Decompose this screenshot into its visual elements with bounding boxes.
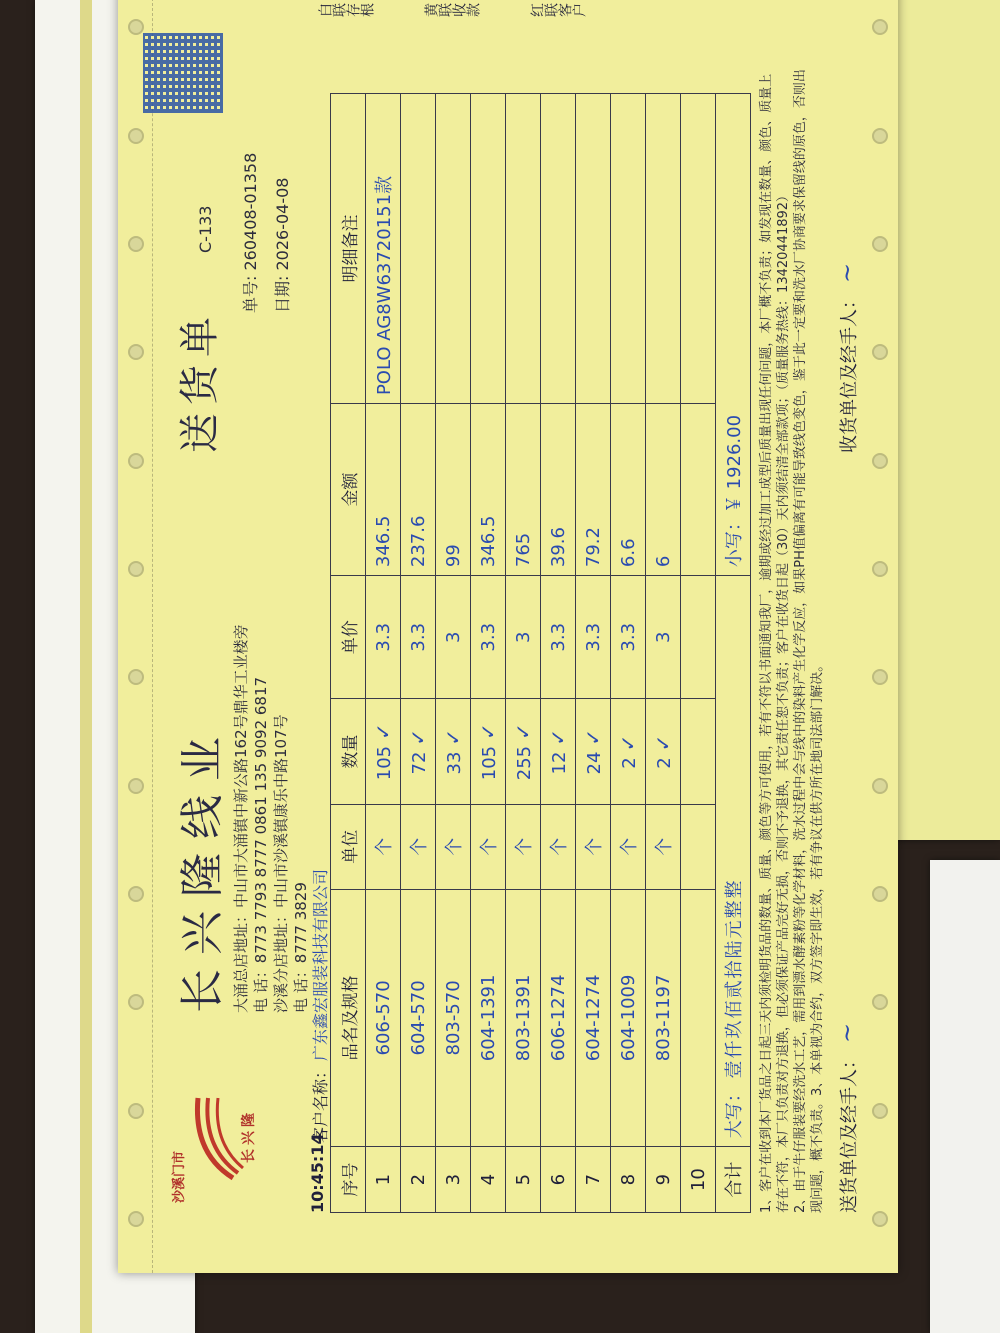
delivery-note-photo: 沙溪门市 长兴隆 长兴隆线业 送货单 大涌总店地址：中山市大涌镇中新公路162号… [118, 0, 898, 1273]
row-qty-value: 2 [619, 757, 640, 768]
header-name: 品名及规格 [331, 889, 366, 1147]
row-qty: 105✓ [471, 699, 506, 805]
company-title: 长兴隆线业 [166, 723, 230, 1013]
row-qty: 2✓ [611, 699, 646, 805]
check-mark-icon: ✓ [546, 729, 570, 746]
row-note: POLO AG8W63720151款 [366, 94, 401, 404]
capital-amount: 壹仟玖佰贰拾陆元整整 [724, 879, 745, 1079]
terms-section: 1、客户在收到本厂货品之日起三天内须检明货品的数量、质量、颜色等方可使用，若有不… [758, 63, 826, 1213]
copy-label-yellow: 黄联收款 [424, 1, 480, 21]
row-note [611, 94, 646, 404]
row-note [506, 94, 541, 404]
row-qty: 2✓ [646, 699, 681, 805]
row-qty: 33✓ [436, 699, 471, 805]
total-row: 合计 大写： 壹仟玖佰贰拾陆元整整 小写：￥ 1926.00 [716, 94, 751, 1213]
term-2: 2、由于牛仔服装要经洗水工艺，需用到漂水酵素粉等化学材料，洗水过程中会与线中的染… [792, 63, 826, 1213]
row-no: 5 [506, 1147, 541, 1213]
header-qty: 数量 [331, 699, 366, 805]
order-date: 日期: 2026-04-08 [270, 178, 293, 313]
table-row: 9 803-1197 个 2✓ 3 6 [646, 94, 681, 1213]
row-note [576, 94, 611, 404]
row-amount: 79.2 [576, 404, 611, 576]
row-unit: 个 [471, 804, 506, 889]
row-price [681, 576, 716, 699]
handwritten-signature-icon: ~ [833, 263, 861, 283]
copy-labels: 白联存根 黄联收款 红联客户 [318, 0, 636, 21]
row-qty-value: 33 [444, 752, 465, 775]
perforation-line [152, 0, 153, 1273]
check-mark-icon: ✓ [476, 723, 500, 740]
copy-label-red: 红联客户 [530, 1, 586, 21]
check-mark-icon: ✓ [441, 729, 465, 746]
branch-label: 沙溪门市 [168, 1151, 187, 1203]
receiver-signature-label: 收货单位及经手人： [839, 291, 860, 453]
row-no: 4 [471, 1147, 506, 1213]
order-number-label: 单号 [241, 281, 260, 313]
row-no: 6 [541, 1147, 576, 1213]
table-row: 3 803-570 个 33✓ 3 99 [436, 94, 471, 1213]
row-no: 2 [401, 1147, 436, 1213]
date-label: 日期 [273, 281, 292, 313]
row-name: 604-570 [401, 889, 436, 1147]
row-qty: 105✓ [366, 699, 401, 805]
table-row: 7 604-1274 个 24✓ 3.3 79.2 [576, 94, 611, 1213]
capital-total: 大写： 壹仟玖佰贰拾陆元整整 [716, 576, 751, 1147]
brand-name: 长兴隆 [238, 1109, 258, 1163]
row-unit: 个 [611, 804, 646, 889]
row-amount: 39.6 [541, 404, 576, 576]
row-name: 606-1274 [541, 889, 576, 1147]
row-no: 3 [436, 1147, 471, 1213]
row-name: 606-570 [366, 889, 401, 1147]
small-total-amount: 1926.00 [724, 415, 745, 489]
print-time: 10:45:14 [308, 1133, 327, 1213]
row-qty [681, 699, 716, 805]
row-name: 803-570 [436, 889, 471, 1147]
row-amount [681, 404, 716, 576]
branch-address: 沙溪分店地址：中山市沙溪镇康乐中路107号 [270, 714, 291, 1013]
table-row: 4 604-1391 个 105✓ 3.3 346.5 [471, 94, 506, 1213]
row-qty-value: 105 [479, 746, 500, 780]
row-price: 3.3 [611, 576, 646, 699]
row-amount: 99 [436, 404, 471, 576]
row-amount: 6.6 [611, 404, 646, 576]
check-mark-icon: ✓ [651, 735, 675, 752]
row-qty-value: 12 [549, 752, 570, 775]
row-name: 604-1274 [576, 889, 611, 1147]
row-qty-value: 2 [654, 757, 675, 768]
total-label: 合计 [716, 1147, 751, 1213]
row-amount: 765 [506, 404, 541, 576]
header-no: 序号 [331, 1147, 366, 1213]
row-amount: 237.6 [401, 404, 436, 576]
row-qty-value: 105 [374, 746, 395, 780]
row-price: 3 [646, 576, 681, 699]
term-1: 1、客户在收到本厂货品之日起三天内须检明货品的数量、质量、颜色等方可使用，若有不… [758, 63, 792, 1213]
delivery-note: 沙溪门市 长兴隆 长兴隆线业 送货单 大涌总店地址：中山市大涌镇中新公路162号… [118, 0, 898, 1273]
row-qty-value: 24 [584, 752, 605, 775]
table-row: 8 604-1009 个 2✓ 3.3 6.6 [611, 94, 646, 1213]
table-header-row: 序号 品名及规格 单位 数量 单价 金额 明细备注 [331, 94, 366, 1213]
row-price: 3.3 [541, 576, 576, 699]
row-unit: 个 [366, 804, 401, 889]
row-note [681, 94, 716, 404]
customer-label: 客户名称： [311, 1063, 330, 1143]
handwritten-signature-icon: ~ [833, 1023, 861, 1043]
copy-label-white: 白联存根 [318, 1, 374, 21]
background-paper-right [895, 0, 1000, 840]
row-no: 7 [576, 1147, 611, 1213]
receiver-signature: 收货单位及经手人：~ [833, 263, 861, 453]
table-row: 2 604-570 个 72✓ 3.3 237.6 [401, 94, 436, 1213]
header-unit: 单位 [331, 804, 366, 889]
row-name: 604-1009 [611, 889, 646, 1147]
row-no: 10 [681, 1147, 716, 1213]
row-no: 1 [366, 1147, 401, 1213]
background-paper-bottom-right [930, 860, 1000, 1333]
perforation-holes-top [122, 0, 150, 1273]
row-amount: 6 [646, 404, 681, 576]
row-name [681, 889, 716, 1147]
row-unit: 个 [576, 804, 611, 889]
table-row: 10 [681, 94, 716, 1213]
small-total: 小写：￥ 1926.00 [716, 94, 751, 576]
small-total-label: 小写：￥ [724, 495, 745, 567]
capital-label: 大写： [724, 1084, 745, 1138]
check-mark-icon: ✓ [406, 729, 430, 746]
customer-name: 广东鑫宏服装科技有限公司 [311, 869, 330, 1061]
row-qty-value: 72 [409, 752, 430, 775]
row-unit: 个 [541, 804, 576, 889]
perforation-holes-bottom [866, 0, 894, 1273]
row-no: 8 [611, 1147, 646, 1213]
row-unit: 个 [436, 804, 471, 889]
row-amount: 346.5 [471, 404, 506, 576]
header-price: 单价 [331, 576, 366, 699]
main-store-phone: 电 话：8773 7793 8777 0861 135 9092 6817 [250, 677, 271, 1013]
row-unit [681, 804, 716, 889]
document-type: 送货单 [168, 309, 225, 453]
header-amount: 金额 [331, 404, 366, 576]
row-qty: 72✓ [401, 699, 436, 805]
row-note [541, 94, 576, 404]
row-price: 3.3 [366, 576, 401, 699]
row-amount: 346.5 [366, 404, 401, 576]
row-name: 803-1391 [506, 889, 541, 1147]
table-row: 6 606-1274 个 12✓ 3.3 39.6 [541, 94, 576, 1213]
table-row: 5 803-1391 个 255✓ 3 765 [506, 94, 541, 1213]
order-number-value: 260408-01358 [241, 153, 260, 271]
check-mark-icon: ✓ [581, 729, 605, 746]
order-number: 单号: 260408-01358 [238, 153, 261, 313]
sender-signature: 送货单位及经手人：~ [833, 1023, 861, 1213]
row-price: 3.3 [576, 576, 611, 699]
form-code: C-133 [196, 206, 215, 253]
row-price: 3 [506, 576, 541, 699]
qr-code-icon [143, 33, 223, 113]
row-note [471, 94, 506, 404]
date-value: 2026-04-08 [273, 178, 292, 271]
company-logo: 沙溪门市 长兴隆 [168, 1063, 268, 1203]
table-row: 1 606-570 个 105✓ 3.3 346.5 POLO AG8W6372… [366, 94, 401, 1213]
row-price: 3 [436, 576, 471, 699]
row-unit: 个 [401, 804, 436, 889]
row-name: 803-1197 [646, 889, 681, 1147]
paper-stack-edge [80, 0, 92, 1333]
row-unit: 个 [646, 804, 681, 889]
row-note [646, 94, 681, 404]
row-unit: 个 [506, 804, 541, 889]
sender-signature-label: 送货单位及经手人： [839, 1051, 860, 1213]
customer-line: 客户名称：广东鑫宏服装科技有限公司 [308, 869, 331, 1143]
check-mark-icon: ✓ [616, 735, 640, 752]
row-note [436, 94, 471, 404]
items-table: 序号 品名及规格 单位 数量 单价 金额 明细备注 1 606-570 个 10… [330, 93, 751, 1213]
row-price: 3.3 [401, 576, 436, 699]
check-mark-icon: ✓ [371, 723, 395, 740]
form-header: 沙溪门市 长兴隆 长兴隆线业 送货单 大涌总店地址：中山市大涌镇中新公路162号… [158, 13, 308, 1213]
row-qty-value: 255 [514, 746, 535, 780]
row-price: 3.3 [471, 576, 506, 699]
row-no: 9 [646, 1147, 681, 1213]
row-note [401, 94, 436, 404]
row-qty: 12✓ [541, 699, 576, 805]
row-qty: 24✓ [576, 699, 611, 805]
row-name: 604-1391 [471, 889, 506, 1147]
header-note: 明细备注 [331, 94, 366, 404]
main-store-address: 大涌总店地址：中山市大涌镇中新公路162号鼎华工业楼旁 [230, 624, 251, 1013]
check-mark-icon: ✓ [511, 723, 535, 740]
row-qty: 255✓ [506, 699, 541, 805]
